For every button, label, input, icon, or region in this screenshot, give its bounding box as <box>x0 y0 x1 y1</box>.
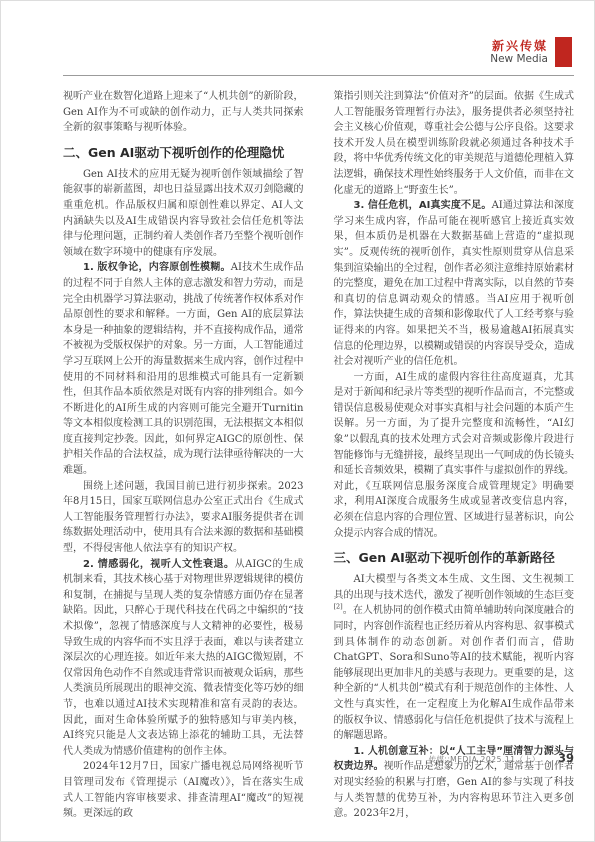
run-in-heading: 1. 版权争论，内容原创性模糊。 <box>83 262 231 273</box>
paragraph: Gen AI技术的应用无疑为视听创作领域描绘了智能叙事的崭新蓝图，却也日益显露出… <box>63 167 304 261</box>
paragraph: 策指引则关注到算法“价值对齐”的层面。依据《生成式人工智能服务管理暂行办法》，服… <box>334 89 575 198</box>
paragraph: 围绕上述问题，我国目前已进行初步探索。2023年8月15日，国家互联网信息办公室… <box>63 479 304 557</box>
text-run: AI技术生成作品的过程不同于自然人主体的意志激发和智力劳动，而是完全由机器学习算… <box>63 262 304 476</box>
run-in-heading: 2. 情感弱化，视听人文性衰退。 <box>83 559 235 570</box>
text-run: 二、Gen AI驱动下视听创作的伦理隐忧 <box>63 145 284 160</box>
text-run: AI通过算法和深度学习来生成内容，作品可能在视听感官上接近真实效果，但本质仍是机… <box>334 200 575 367</box>
section-title-cn: 新兴传媒 <box>490 39 548 53</box>
run-in-heading: 3. 信任危机，AI真实度不足。 <box>354 200 492 211</box>
paragraph: 视听产业在数智化道路上迎来了“人机共创”的新阶段，Gen AI作为不可或缺的创作… <box>63 89 304 136</box>
journal-imprint: 传媒∷MEDIA 2025.11（上） <box>429 754 540 765</box>
text-run: AI大模型与各类文本生成、文生图、文生视频工具的出现与技术迭代，激发了视听创作领… <box>334 574 575 601</box>
section-label: 新兴传媒 New Media <box>490 39 548 66</box>
paragraph: 1. 版权争论，内容原创性模糊。AI技术生成作品的过程不同于自然人主体的意志激发… <box>63 260 304 478</box>
paragraph: 3. 信任危机，AI真实度不足。AI通过算法和深度学习来生成内容，作品可能在视听… <box>334 198 575 370</box>
header-rule <box>63 75 574 76</box>
text-run: 。在人机协同的创作模式由简单辅助转向深度融合的同时，内容创作流程也正经历着从内容… <box>334 605 575 741</box>
section-heading: 二、Gen AI驱动下视听创作的伦理隐忧 <box>63 144 304 161</box>
page-number: 39 <box>558 751 574 765</box>
section-accent-block <box>555 37 572 67</box>
paragraph: 一方面，AI生成的虚假内容往往高度逼真，尤其是对于新闻和纪录片等类型的视听作品而… <box>334 370 575 542</box>
article-body: 视听产业在数智化道路上迎来了“人机共创”的新阶段，Gen AI作为不可或缺的创作… <box>63 89 574 822</box>
citation-marker: [2] <box>334 603 343 611</box>
text-run: 一方面，AI生成的虚假内容往往高度逼真，尤其是对于新闻和纪录片等类型的视听作品而… <box>334 372 575 539</box>
section-heading: 三、Gen AI驱动下视听创作的革新路径 <box>334 549 575 566</box>
text-run: Gen AI技术的应用无疑为视听创作领域描绘了智能叙事的崭新蓝图，却也日益显露出… <box>63 169 304 258</box>
text-run: 策指引则关注到算法“价值对齐”的层面。依据《生成式人工智能服务管理暂行办法》，服… <box>334 91 575 196</box>
paragraph: AI大模型与各类文本生成、文生图、文生视频工具的出现与技术迭代，激发了视听创作领… <box>334 572 575 744</box>
right-column: 策指引则关注到算法“价值对齐”的层面。依据《生成式人工智能服务管理暂行办法》，服… <box>334 89 575 822</box>
left-column: 视听产业在数智化道路上迎来了“人机共创”的新阶段，Gen AI作为不可或缺的创作… <box>63 89 304 822</box>
text-run: 围绕上述问题，我国目前已进行初步探索。2023年8月15日，国家互联网信息办公室… <box>63 481 304 554</box>
paragraph: 2024年12月7日，国家广播电视总局网络视听节目管理司发布《管理提示（AI魔改… <box>63 759 304 821</box>
text-run: 2024年12月7日，国家广播电视总局网络视听节目管理司发布《管理提示（AI魔改… <box>63 761 304 819</box>
page-header: 新兴传媒 New Media <box>490 37 572 67</box>
text-run: 视听产业在数智化道路上迎来了“人机共创”的新阶段，Gen AI作为不可或缺的创作… <box>63 91 304 133</box>
section-title-en: New Media <box>490 53 548 66</box>
page-footer: 传媒∷MEDIA 2025.11（上） 39 <box>63 751 574 765</box>
journal-page: 新兴传媒 New Media 视听产业在数智化道路上迎来了“人机共创”的新阶段，… <box>0 0 595 842</box>
text-run: 从AIGC的生成机制来看，其技术核心基于对物理世界逻辑规律的模仿和复制，在捕捉与… <box>63 559 304 757</box>
text-run: 三、Gen AI驱动下视听创作的革新路径 <box>334 550 555 565</box>
paragraph: 2. 情感弱化，视听人文性衰退。从AIGC的生成机制来看，其技术核心基于对物理世… <box>63 557 304 760</box>
